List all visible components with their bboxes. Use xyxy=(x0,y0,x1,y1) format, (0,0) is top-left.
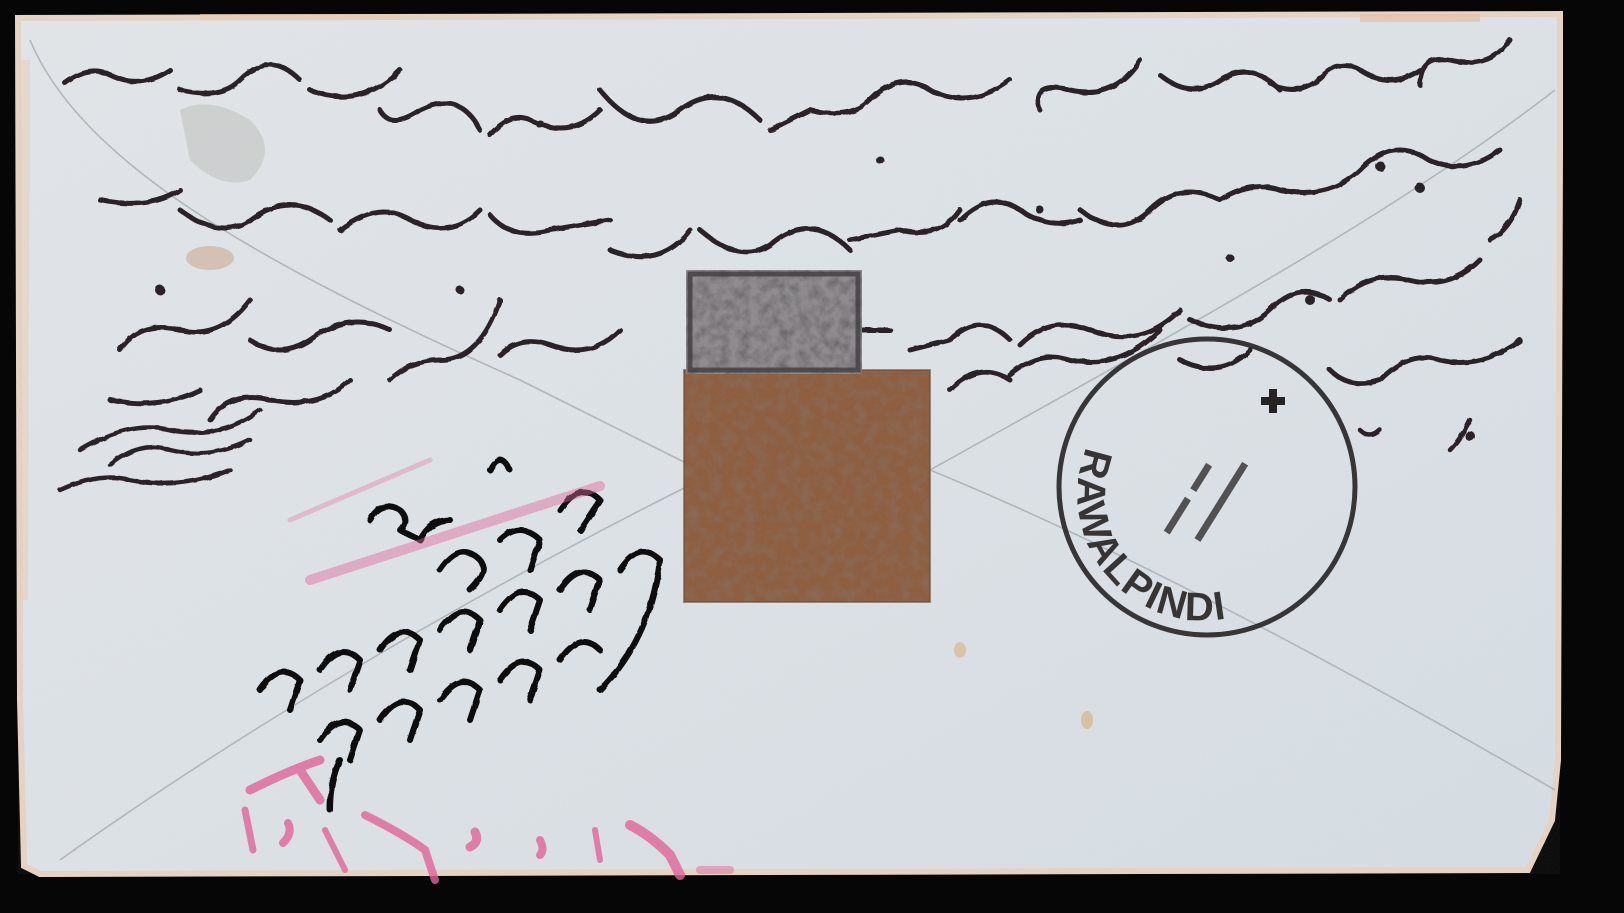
stain xyxy=(1081,711,1093,729)
foxing-top xyxy=(200,14,400,20)
foxing-top-right xyxy=(1360,14,1480,22)
stain xyxy=(954,642,966,658)
envelope-photo: RAWALPINDI xyxy=(0,0,1624,913)
lower-stamp xyxy=(684,370,930,602)
upper-stamp xyxy=(686,270,862,374)
stain xyxy=(186,246,234,270)
